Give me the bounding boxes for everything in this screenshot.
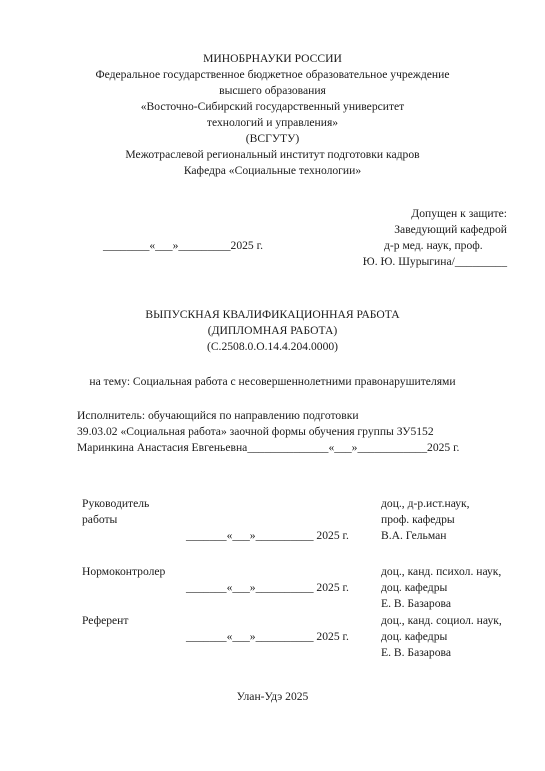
referee-date-field: _______«___»__________ 2025 г.: [186, 629, 349, 645]
ministry-name: МИНОБРНАУКИ РОССИИ: [0, 51, 545, 67]
city-year: Улан-Удэ 2025: [0, 689, 545, 705]
department-name: Кафедра «Социальные технологии»: [0, 163, 545, 179]
normcontroller-position: доц. кафедры: [381, 580, 447, 596]
title-page: МИНОБРНАУКИ РОССИИ Федеральное государст…: [0, 0, 545, 771]
institution-level: высшего образования: [0, 83, 545, 99]
supervisor-degree: доц., д-р.ист.наук,: [381, 496, 470, 512]
approval-degree: д-р мед. наук, проф.: [384, 238, 483, 254]
work-type: ВЫПУСКНАЯ КВАЛИФИКАЦИОННАЯ РАБОТА: [0, 307, 545, 323]
university-name-2: технологий и управления»: [0, 115, 545, 131]
supervisor-position: проф. кафедры: [381, 512, 455, 528]
supervisor-role-2: работы: [82, 512, 117, 528]
normcontroller-date-field: _______«___»__________ 2025 г.: [186, 580, 349, 596]
executor-name-date: Маринкина Анастасия Евгеньевна__________…: [77, 440, 459, 456]
referee-degree: доц., канд. социол. наук,: [381, 613, 502, 629]
work-topic: на тему: Социальная работа с несовершенн…: [0, 374, 545, 390]
institution-type: Федеральное государственное бюджетное об…: [0, 67, 545, 83]
supervisor-name: В.А. Гельман: [381, 528, 446, 544]
executor-line-2: 39.03.02 «Социальная работа» заочной фор…: [77, 424, 434, 440]
approval-date-field: ________«___»_________2025 г.: [103, 238, 263, 254]
supervisor-role-1: Руководитель: [82, 496, 149, 512]
approval-admitted: Допущен к защите:: [411, 206, 507, 222]
supervisor-date-field: _______«___»__________ 2025 г.: [186, 528, 349, 544]
normcontroller-role: Нормоконтролер: [82, 564, 165, 580]
approval-signature: Ю. Ю. Шурыгина/_________: [363, 254, 507, 270]
university-name-1: «Восточно-Сибирский государственный унив…: [0, 99, 545, 115]
approval-head-title: Заведующий кафедрой: [394, 222, 507, 238]
institute-name: Межотраслевой региональный институт подг…: [0, 147, 545, 163]
referee-name: Е. В. Базарова: [381, 645, 451, 661]
work-subtype: (ДИПЛОМНАЯ РАБОТА): [0, 323, 545, 339]
normcontroller-degree: доц., канд. психол. наук,: [381, 564, 501, 580]
university-abbr: (ВСГУТУ): [0, 131, 545, 147]
normcontroller-name: Е. В. Базарова: [381, 596, 451, 612]
executor-line-1: Исполнитель: обучающийся по направлению …: [77, 408, 359, 424]
referee-role: Референт: [82, 613, 128, 629]
referee-position: доц. кафедры: [381, 629, 447, 645]
work-code: (С.2508.0.О.14.4.204.0000): [0, 339, 545, 355]
